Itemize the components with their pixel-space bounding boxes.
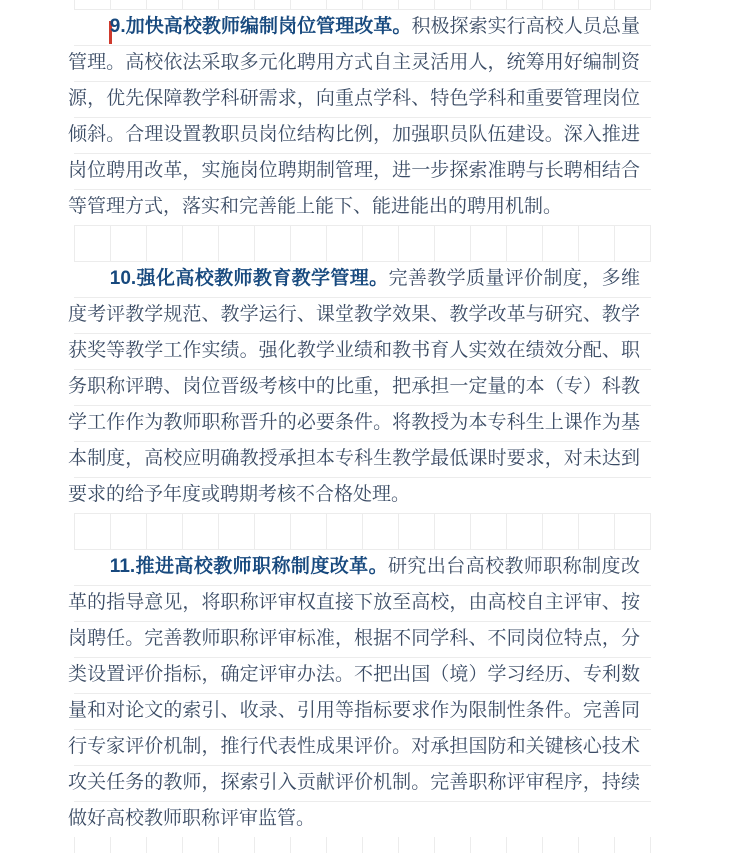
vertical-grid-stubs-top: [74, 0, 651, 9]
paragraph-9-heading: 9.加快高校教师编制岗位管理改革。: [110, 16, 412, 37]
paragraph-item-10: 10.强化高校教师教育教学管理。完善教学质量评价制度，多维度考评教学规范、教学运…: [68, 261, 640, 513]
paragraph-item-9: 9.加快高校教师编制岗位管理改革。积极探索实行高校人员总量管理。高校依法采取多元…: [68, 9, 640, 225]
vertical-grid-stubs-bottom: [74, 837, 651, 853]
document-page: 9.加快高校教师编制岗位管理改革。积极探索实行高校人员总量管理。高校依法采取多元…: [0, 0, 748, 853]
paragraph-10-heading: 10.强化高校教师教育教学管理。: [110, 268, 389, 289]
article-body: 9.加快高校教师编制岗位管理改革。积极探索实行高校人员总量管理。高校依法采取多元…: [68, 9, 640, 837]
paragraph-11-heading: 11.推进高校教师职称制度改革。: [110, 556, 388, 577]
paragraph-item-11: 11.推进高校教师职称制度改革。研究出台高校教师职称制度改革的指导意见，将职称评…: [68, 549, 640, 837]
paragraph-9-text: 积极探索实行高校人员总量管理。高校依法采取多元化聘用方式自主灵活用人，统筹用好编…: [68, 16, 640, 217]
paragraph-10-text: 完善教学质量评价制度，多维度考评教学规范、教学运行、课堂教学效果、教学改革与研究…: [68, 268, 640, 505]
paragraph-11-text: 研究出台高校教师职称制度改革的指导意见，将职称评审权直接下放至高校，由高校自主评…: [68, 556, 640, 829]
